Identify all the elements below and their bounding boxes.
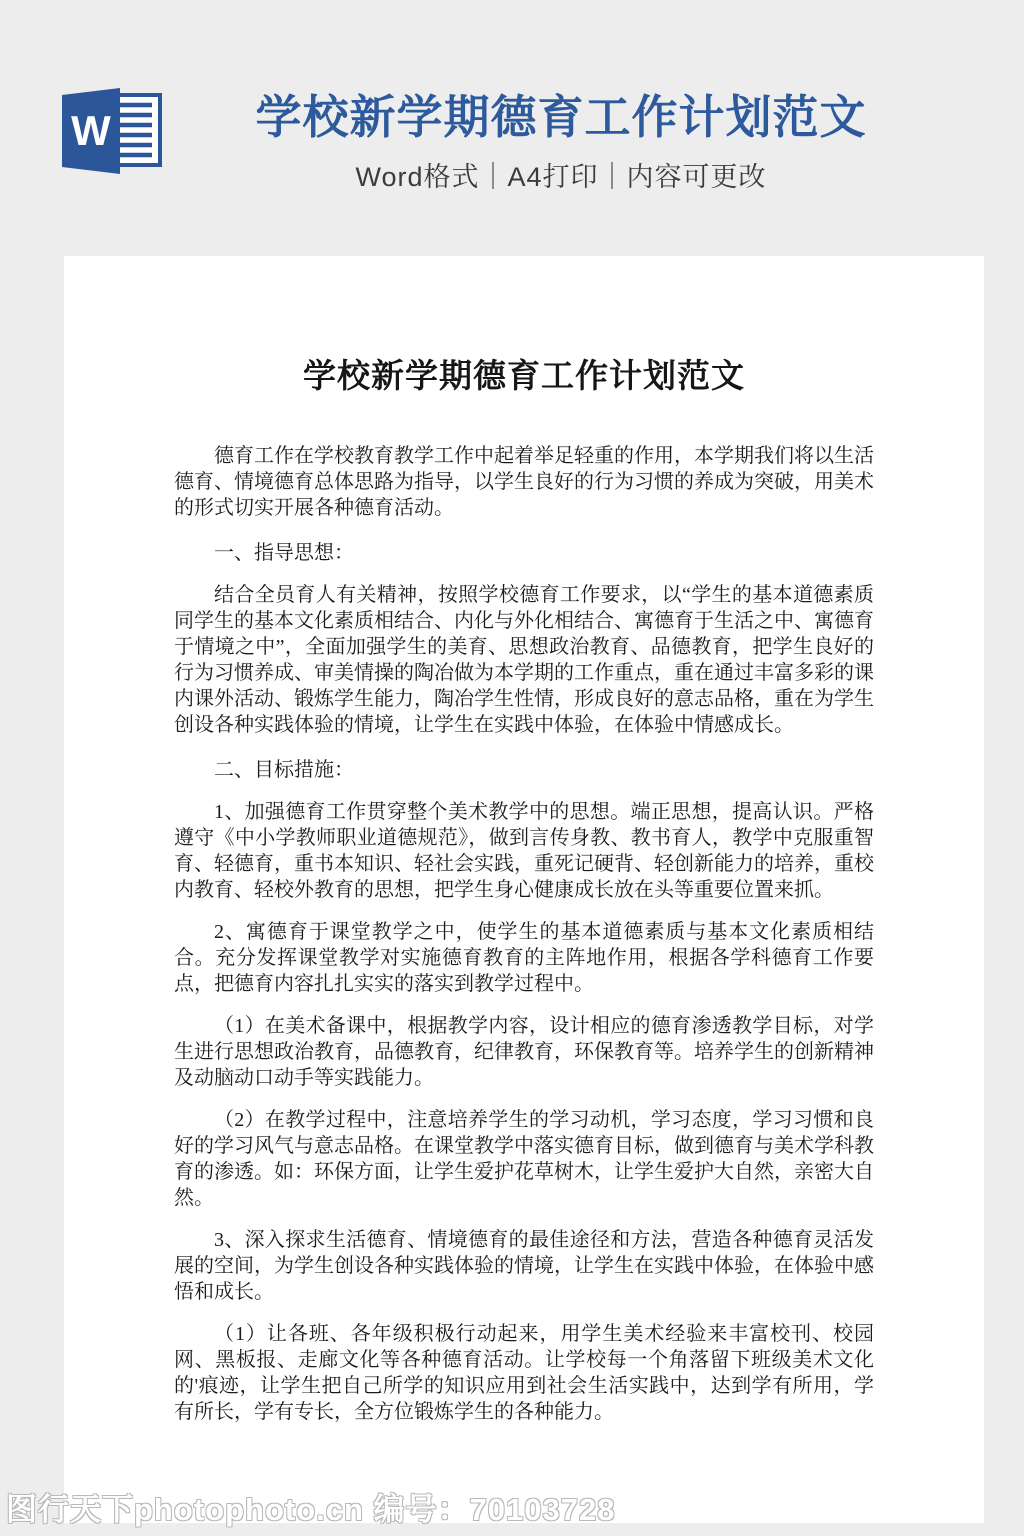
doc-paragraph: 3、深入探求生活德育、情境德育的最佳途径和方法，营造各种德育灵活发展的空间，为学… bbox=[174, 1227, 874, 1305]
doc-paragraph: （2）在教学过程中，注意培养学生的学习动机，学习态度，学习习惯和良好的学习风气与… bbox=[174, 1107, 874, 1211]
document-title: 学校新学期德育工作计划范文 bbox=[174, 356, 874, 398]
word-icon-letter: W bbox=[71, 107, 111, 154]
doc-paragraph: （1）让各班、各年级积极行动起来，用学生美术经验来丰富校刊、校园网、黑板报、走廊… bbox=[174, 1321, 874, 1425]
header: W 学校新学期德育工作计划范文 Word格式｜A4打印｜内容可更改 bbox=[0, 0, 1024, 256]
header-subtitle: Word格式｜A4打印｜内容可更改 bbox=[139, 155, 983, 194]
doc-heading: 一、指导思想： bbox=[174, 540, 874, 566]
doc-paragraph: （1）在美术备课中，根据教学内容，设计相应的德育渗透教学目标，对学生进行思想政治… bbox=[174, 1013, 874, 1091]
document-page: 学校新学期德育工作计划范文 德育工作在学校教育教学工作中起着举足轻重的作用，本学… bbox=[64, 256, 984, 1523]
doc-body: 德育工作在学校教育教学工作中起着举足轻重的作用，本学期我们将以生活德育、情境德育… bbox=[174, 443, 874, 1425]
header-text: 学校新学期德育工作计划范文 Word格式｜A4打印｜内容可更改 bbox=[139, 90, 983, 194]
header-title: 学校新学期德育工作计划范文 bbox=[139, 90, 983, 145]
doc-paragraph: 2、寓德育于课堂教学之中，使学生的基本道德素质与基本文化素质相结合。充分发挥课堂… bbox=[174, 919, 874, 997]
template-preview-page: W 学校新学期德育工作计划范文 Word格式｜A4打印｜内容可更改 学校新学期德… bbox=[0, 0, 1024, 1536]
doc-heading: 二、目标措施： bbox=[174, 757, 874, 783]
watermark-text: 图行天下photophoto.cn 编号：70103728 bbox=[6, 1484, 615, 1529]
doc-paragraph: 结合全员育人有关精神，按照学校德育工作要求，以“学生的基本道德素质同学生的基本文… bbox=[174, 582, 874, 738]
doc-paragraph: 德育工作在学校教育教学工作中起着举足轻重的作用，本学期我们将以生活德育、情境德育… bbox=[174, 443, 874, 521]
doc-paragraph: 1、加强德育工作贯穿整个美术教学中的思想。端正思想，提高认识。严格遵守《中小学教… bbox=[174, 799, 874, 903]
